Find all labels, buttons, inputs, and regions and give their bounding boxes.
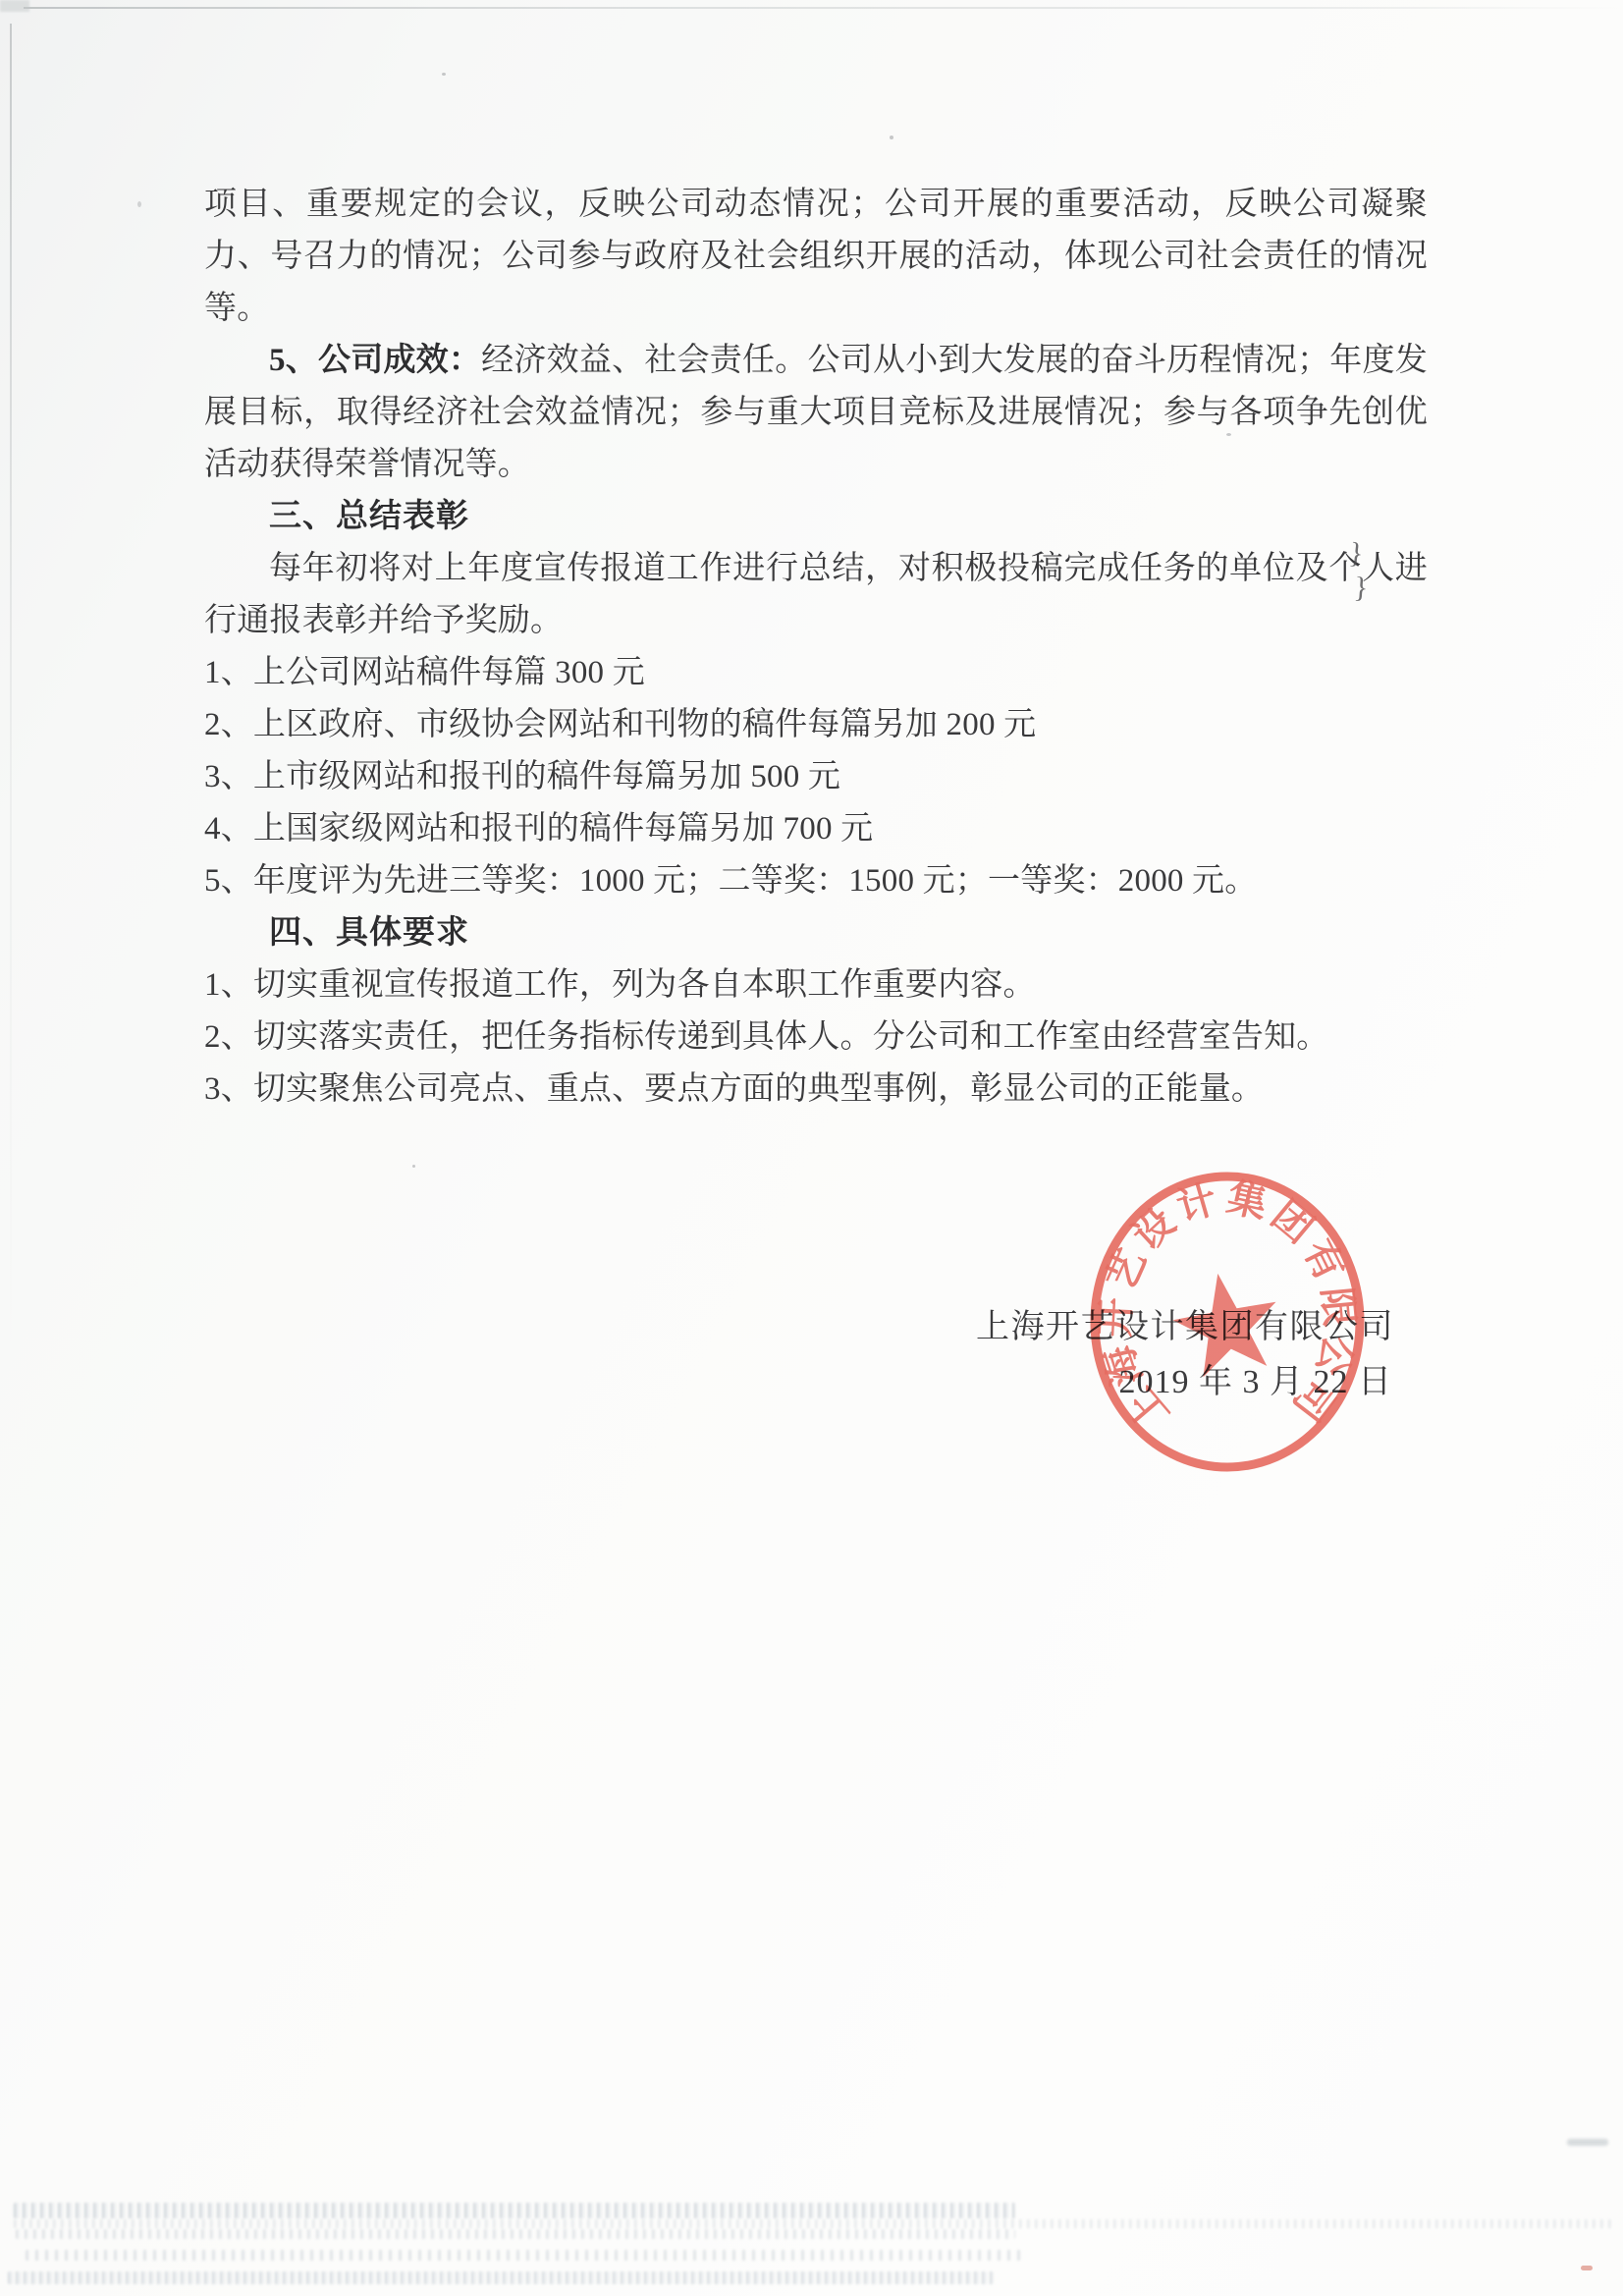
scan-corner-artifact [0, 0, 29, 12]
reward-item-4: 4、上国家级网站和报刊的稿件每篇另加 700 元 [204, 803, 1428, 855]
reward-item-1: 1、上公司网站稿件每篇 300 元 [204, 647, 1428, 699]
reward-item-2: 2、上区政府、市级协会网站和刊物的稿件每篇另加 200 元 [204, 699, 1428, 751]
scan-smudge [1567, 2139, 1608, 2146]
company-seal-stamp: 上海开艺设计集团有限公司 [1080, 1165, 1375, 1489]
scanned-document-page: 项目、重要规定的会议，反映公司动态情况；公司开展的重要活动，反映公司凝聚力、号召… [0, 0, 1623, 2296]
bleedthrough-band [16, 2229, 1015, 2239]
requirement-item-3: 3、切实聚焦公司亮点、重点、要点方面的典型事例，彰显公司的正能量。 [204, 1064, 1428, 1116]
scan-edge-left [10, 24, 12, 1359]
scan-speck [890, 136, 893, 139]
heading-specific-requirements: 四、具体要求 [204, 907, 1428, 959]
scan-speck [137, 201, 141, 207]
document-body: 项目、重要规定的会议，反映公司动态情况；公司开展的重要活动，反映公司凝聚力、号召… [204, 179, 1428, 1116]
bleedthrough-band [8, 2271, 994, 2284]
star-icon [1166, 1265, 1287, 1381]
paragraph-continuation: 项目、重要规定的会议，反映公司动态情况；公司开展的重要活动，反映公司凝聚力、号召… [204, 179, 1428, 335]
reward-item-3: 3、上市级网站和报刊的稿件每篇另加 500 元 [204, 751, 1428, 803]
paragraph-company-results-label: 5、公司成效： [269, 343, 481, 378]
scan-speck [442, 73, 446, 76]
requirement-item-1: 1、切实重视宣传报道工作，列为各自本职工作重要内容。 [204, 959, 1428, 1011]
paragraph-company-results: 5、公司成效：经济效益、社会责任。公司从小到大发展的奋斗历程情况；年度发展目标，… [204, 335, 1428, 491]
heading-summary-commendation: 三、总结表彰 [204, 491, 1428, 543]
bleedthrough-band [26, 2250, 1021, 2261]
scan-speck [1226, 433, 1231, 436]
scan-edge-top [24, 7, 1623, 9]
bleedthrough-band [14, 2219, 1616, 2228]
scan-speck-red [1581, 2266, 1593, 2270]
bleedthrough-band [14, 2203, 1015, 2218]
scan-stray-mark: } [1353, 574, 1369, 604]
scan-speck [412, 1165, 415, 1168]
paragraph-annual-summary: 每年初将对上年度宣传报道工作进行总结，对积极投稿完成任务的单位及个人进行通报表彰… [204, 543, 1428, 647]
reward-item-5: 5、年度评为先进三等奖：1000 元；二等奖：1500 元；一等奖：2000 元… [204, 855, 1428, 907]
requirement-item-2: 2、切实落实责任，把任务指标传递到具体人。分公司和工作室由经营室告知。 [204, 1011, 1428, 1064]
